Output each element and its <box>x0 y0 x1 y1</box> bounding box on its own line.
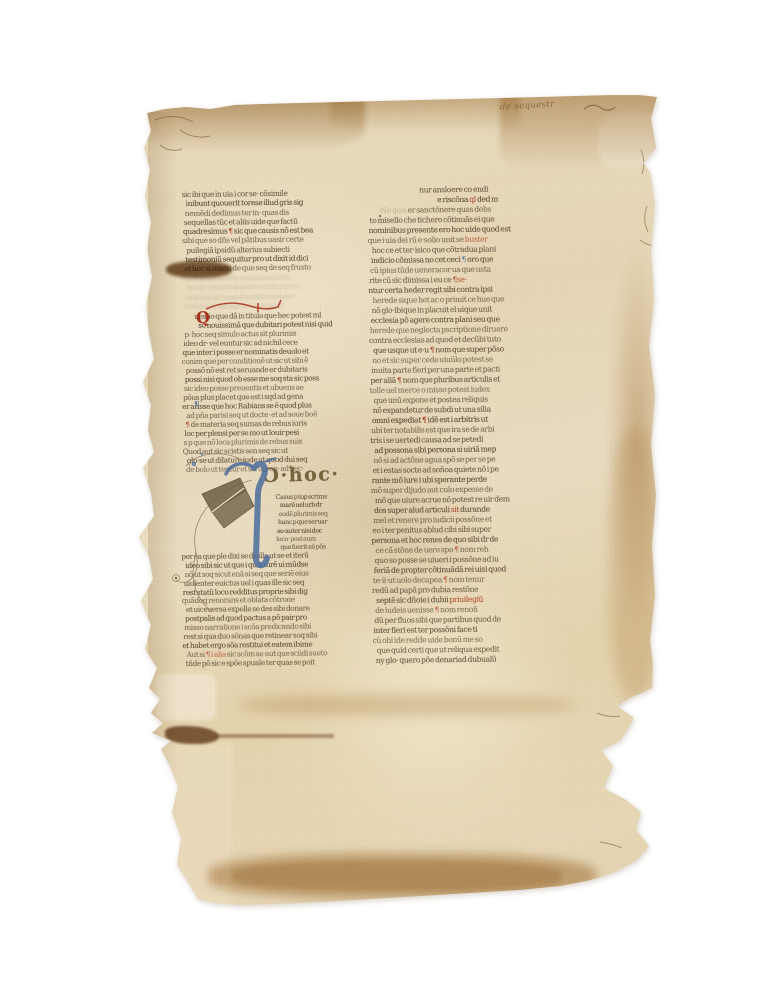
stain-bottom-band-core <box>232 861 562 891</box>
stain-dark-blob <box>166 261 232 278</box>
leaf-shadow: Q Ɔ·hoc· ¶ de sequestr sic ibi que in ui… <box>0 0 781 1000</box>
stain-dark-wedge-line <box>216 734 334 738</box>
stain-bottom-band <box>208 853 596 899</box>
stain-dark-wedge <box>165 726 219 744</box>
photo-background: Q Ɔ·hoc· ¶ de sequestr sic ibi que in ui… <box>0 0 781 1000</box>
stain-dark-blob-tail <box>176 269 226 273</box>
stains-top-layer <box>0 0 781 1000</box>
manuscript-leaf: Q Ɔ·hoc· ¶ de sequestr sic ibi que in ui… <box>0 0 781 1000</box>
